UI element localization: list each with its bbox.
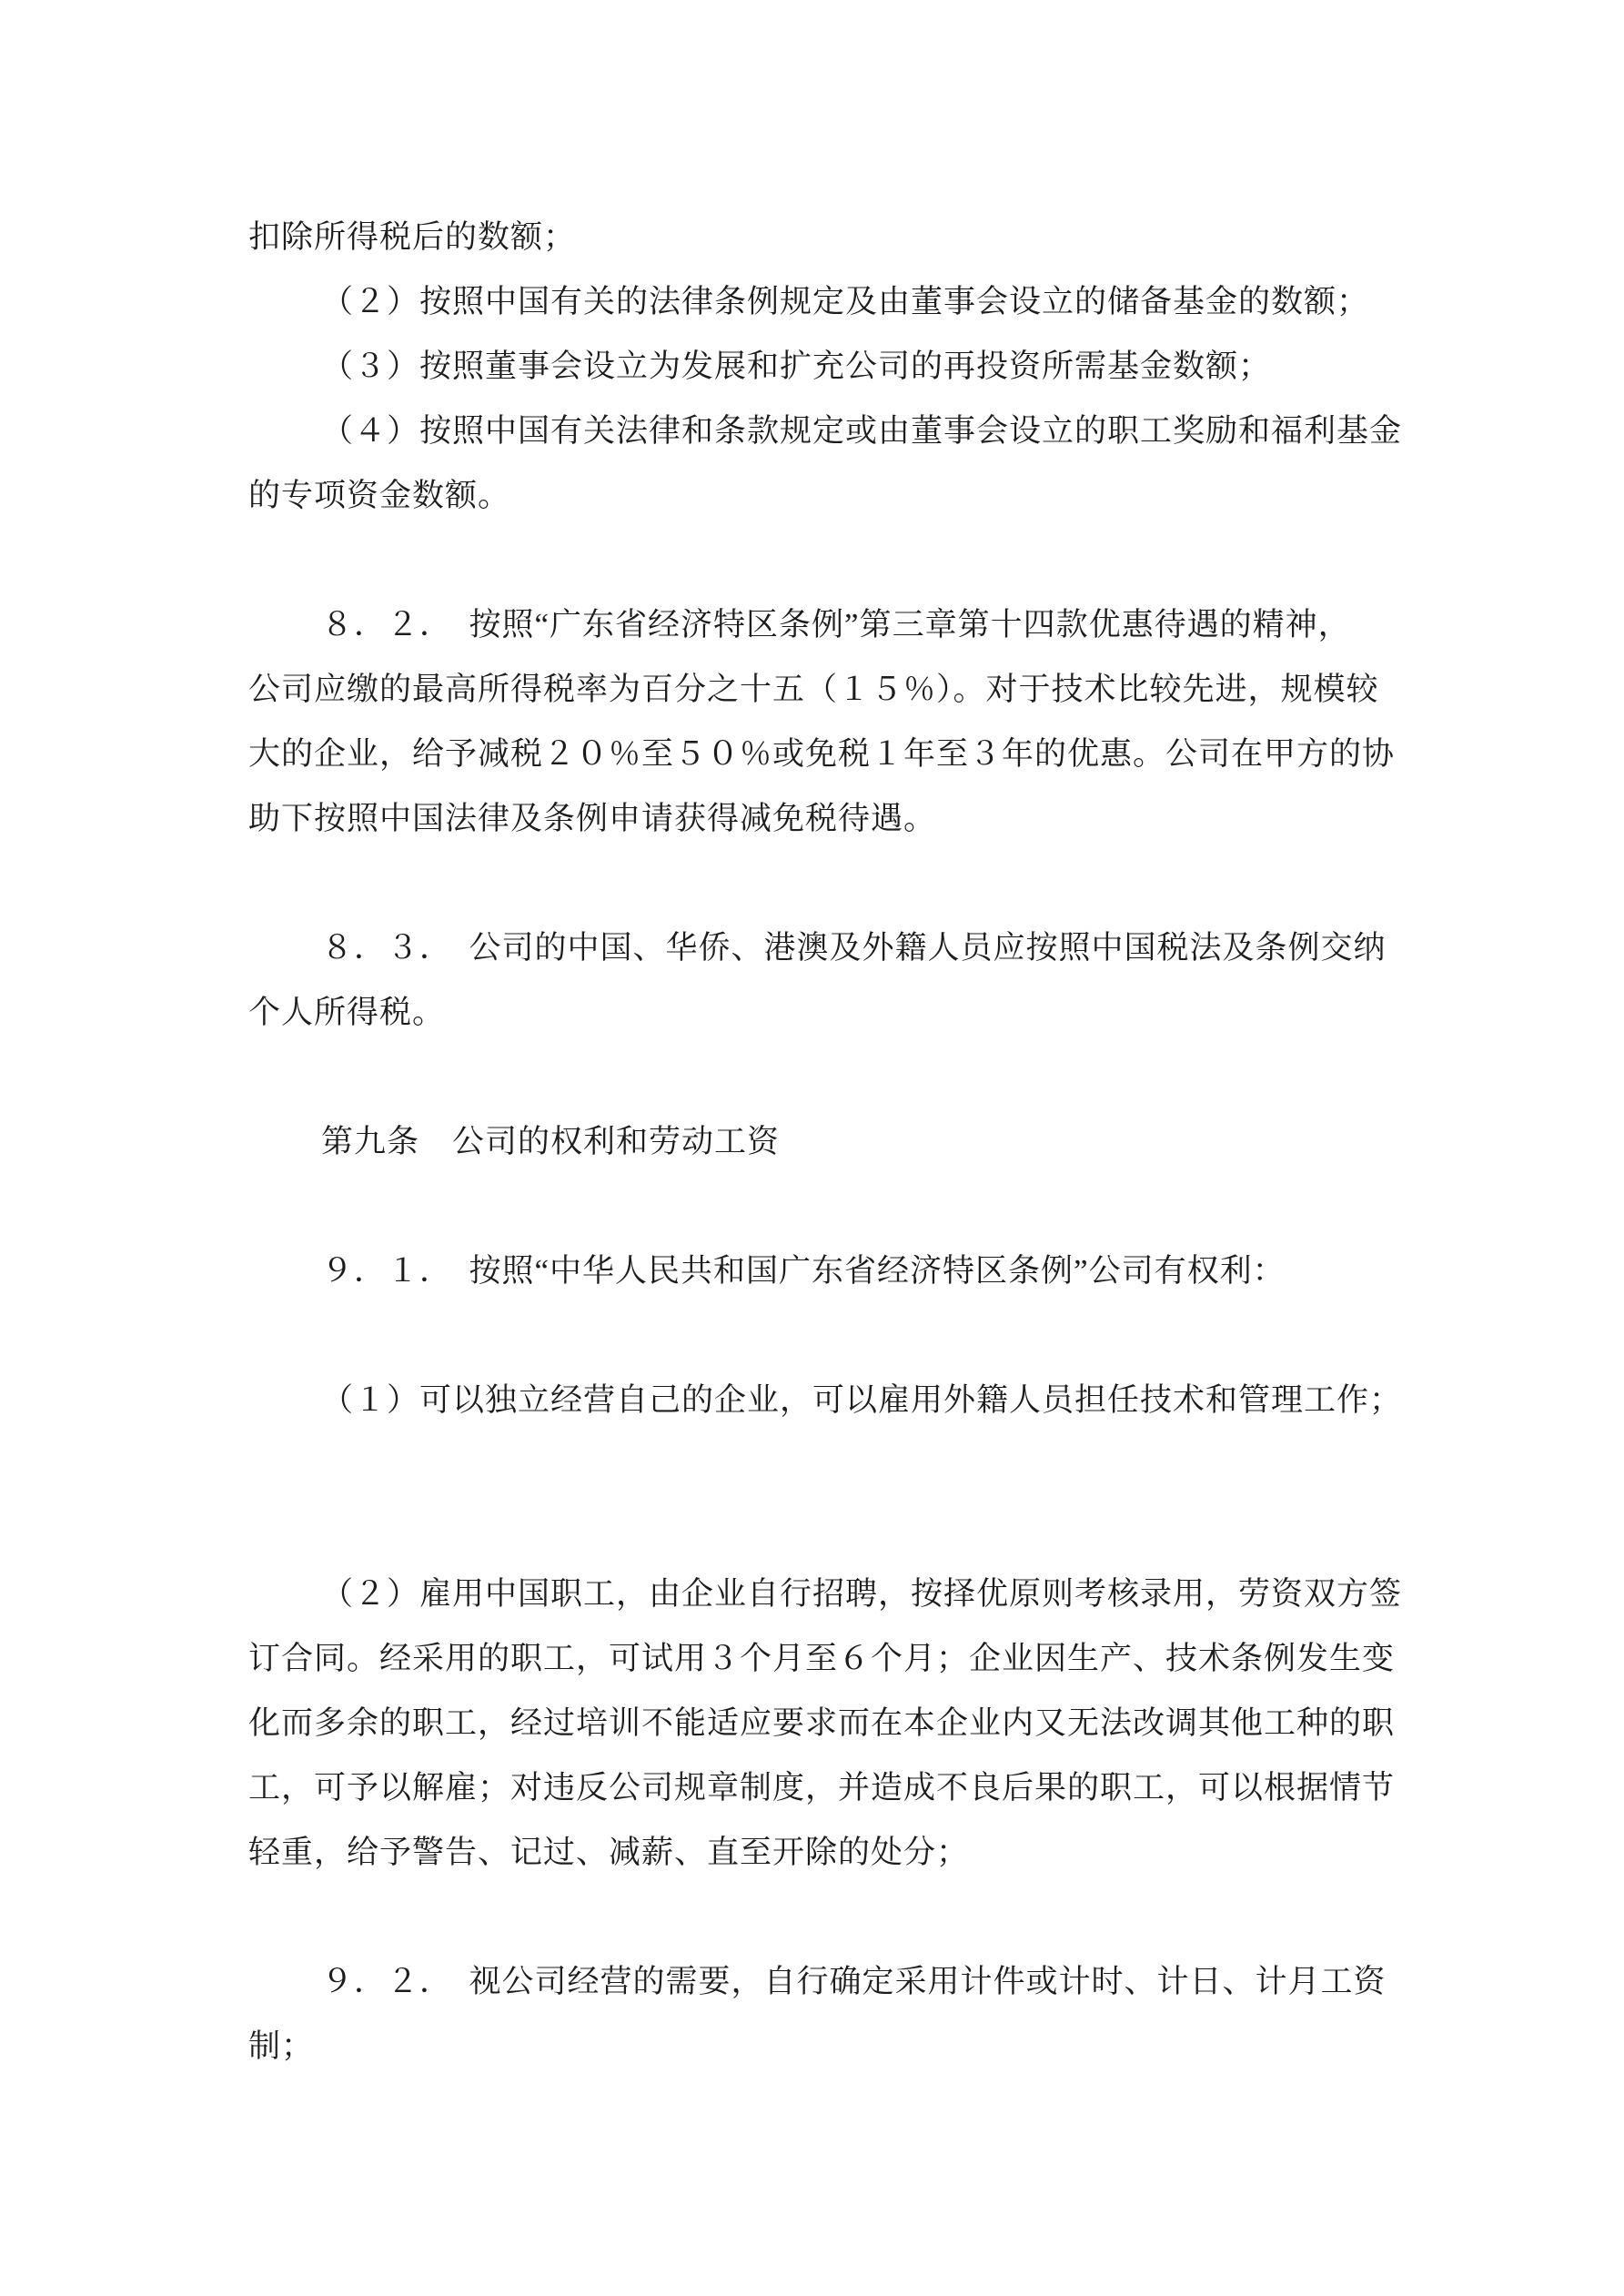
blank-line [248,1497,1386,1562]
blank-line [248,1432,1386,1497]
text-line: ９．２． 视公司经营的需要，自行确定采用计件或计时、计日、计月工资 [248,1949,1386,2014]
text-line: ８．２． 按照“广东省经济特区条例”第三章第十四款优惠待遇的精神， [248,592,1386,657]
blank-line [248,1174,1386,1239]
text-line: （４）按照中国有关法律和条款规定或由董事会设立的职工奖励和福利基金 [248,399,1386,463]
text-line: ８．３． 公司的中国、华侨、港澳及外籍人员应按照中国税法及条例交纳 [248,915,1386,980]
text-line: 轻重，给予警告、记过、减薪、直至开除的处分； [248,1820,1386,1885]
text-line: ９．１． 按照“中华人民共和国广东省经济特区条例”公司有权利： [248,1239,1386,1303]
text-line: （２）按照中国有关的法律条例规定及由董事会设立的储备基金的数额； [248,269,1386,334]
text-line: 的专项资金数额。 [248,463,1386,528]
document-text-block: 扣除所得税后的数额； （２）按照中国有关的法律条例规定及由董事会设立的储备基金的… [248,205,1386,2079]
text-line: （２）雇用中国职工，由企业自行招聘，按择优原则考核录用，劳资双方签 [248,1562,1386,1626]
document-page: 扣除所得税后的数额； （２）按照中国有关的法律条例规定及由董事会设立的储备基金的… [0,0,1624,2296]
blank-line [248,528,1386,592]
text-line: （１）可以独立经营自己的企业，可以雇用外籍人员担任技术和管理工作； [248,1368,1386,1432]
text-line: 订合同。经采用的职工，可试用３个月至６个月；企业因生产、技术条例发生变 [248,1626,1386,1691]
text-line: 大的企业，给予减税２０％至５０％或免税１年至３年的优惠。公司在甲方的协 [248,722,1386,786]
text-line: 扣除所得税后的数额； [248,205,1386,269]
blank-line [248,1045,1386,1109]
text-line: （３）按照董事会设立为发展和扩充公司的再投资所需基金数额； [248,334,1386,399]
section-heading: 第九条 公司的权利和劳动工资 [248,1109,1386,1174]
text-line: 制； [248,2014,1386,2079]
text-line: 公司应缴的最高所得税率为百分之十五（１５％）。对于技术比较先进，规模较 [248,657,1386,722]
text-line: 个人所得税。 [248,980,1386,1045]
blank-line [248,1885,1386,1949]
text-line: 工，可予以解雇；对违反公司规章制度，并造成不良后果的职工，可以根据情节 [248,1755,1386,1820]
text-line: 化而多余的职工，经过培训不能适应要求而在本企业内又无法改调其他工种的职 [248,1691,1386,1755]
blank-line [248,851,1386,915]
text-line: 助下按照中国法律及条例申请获得减免税待遇。 [248,786,1386,851]
blank-line [248,1303,1386,1368]
